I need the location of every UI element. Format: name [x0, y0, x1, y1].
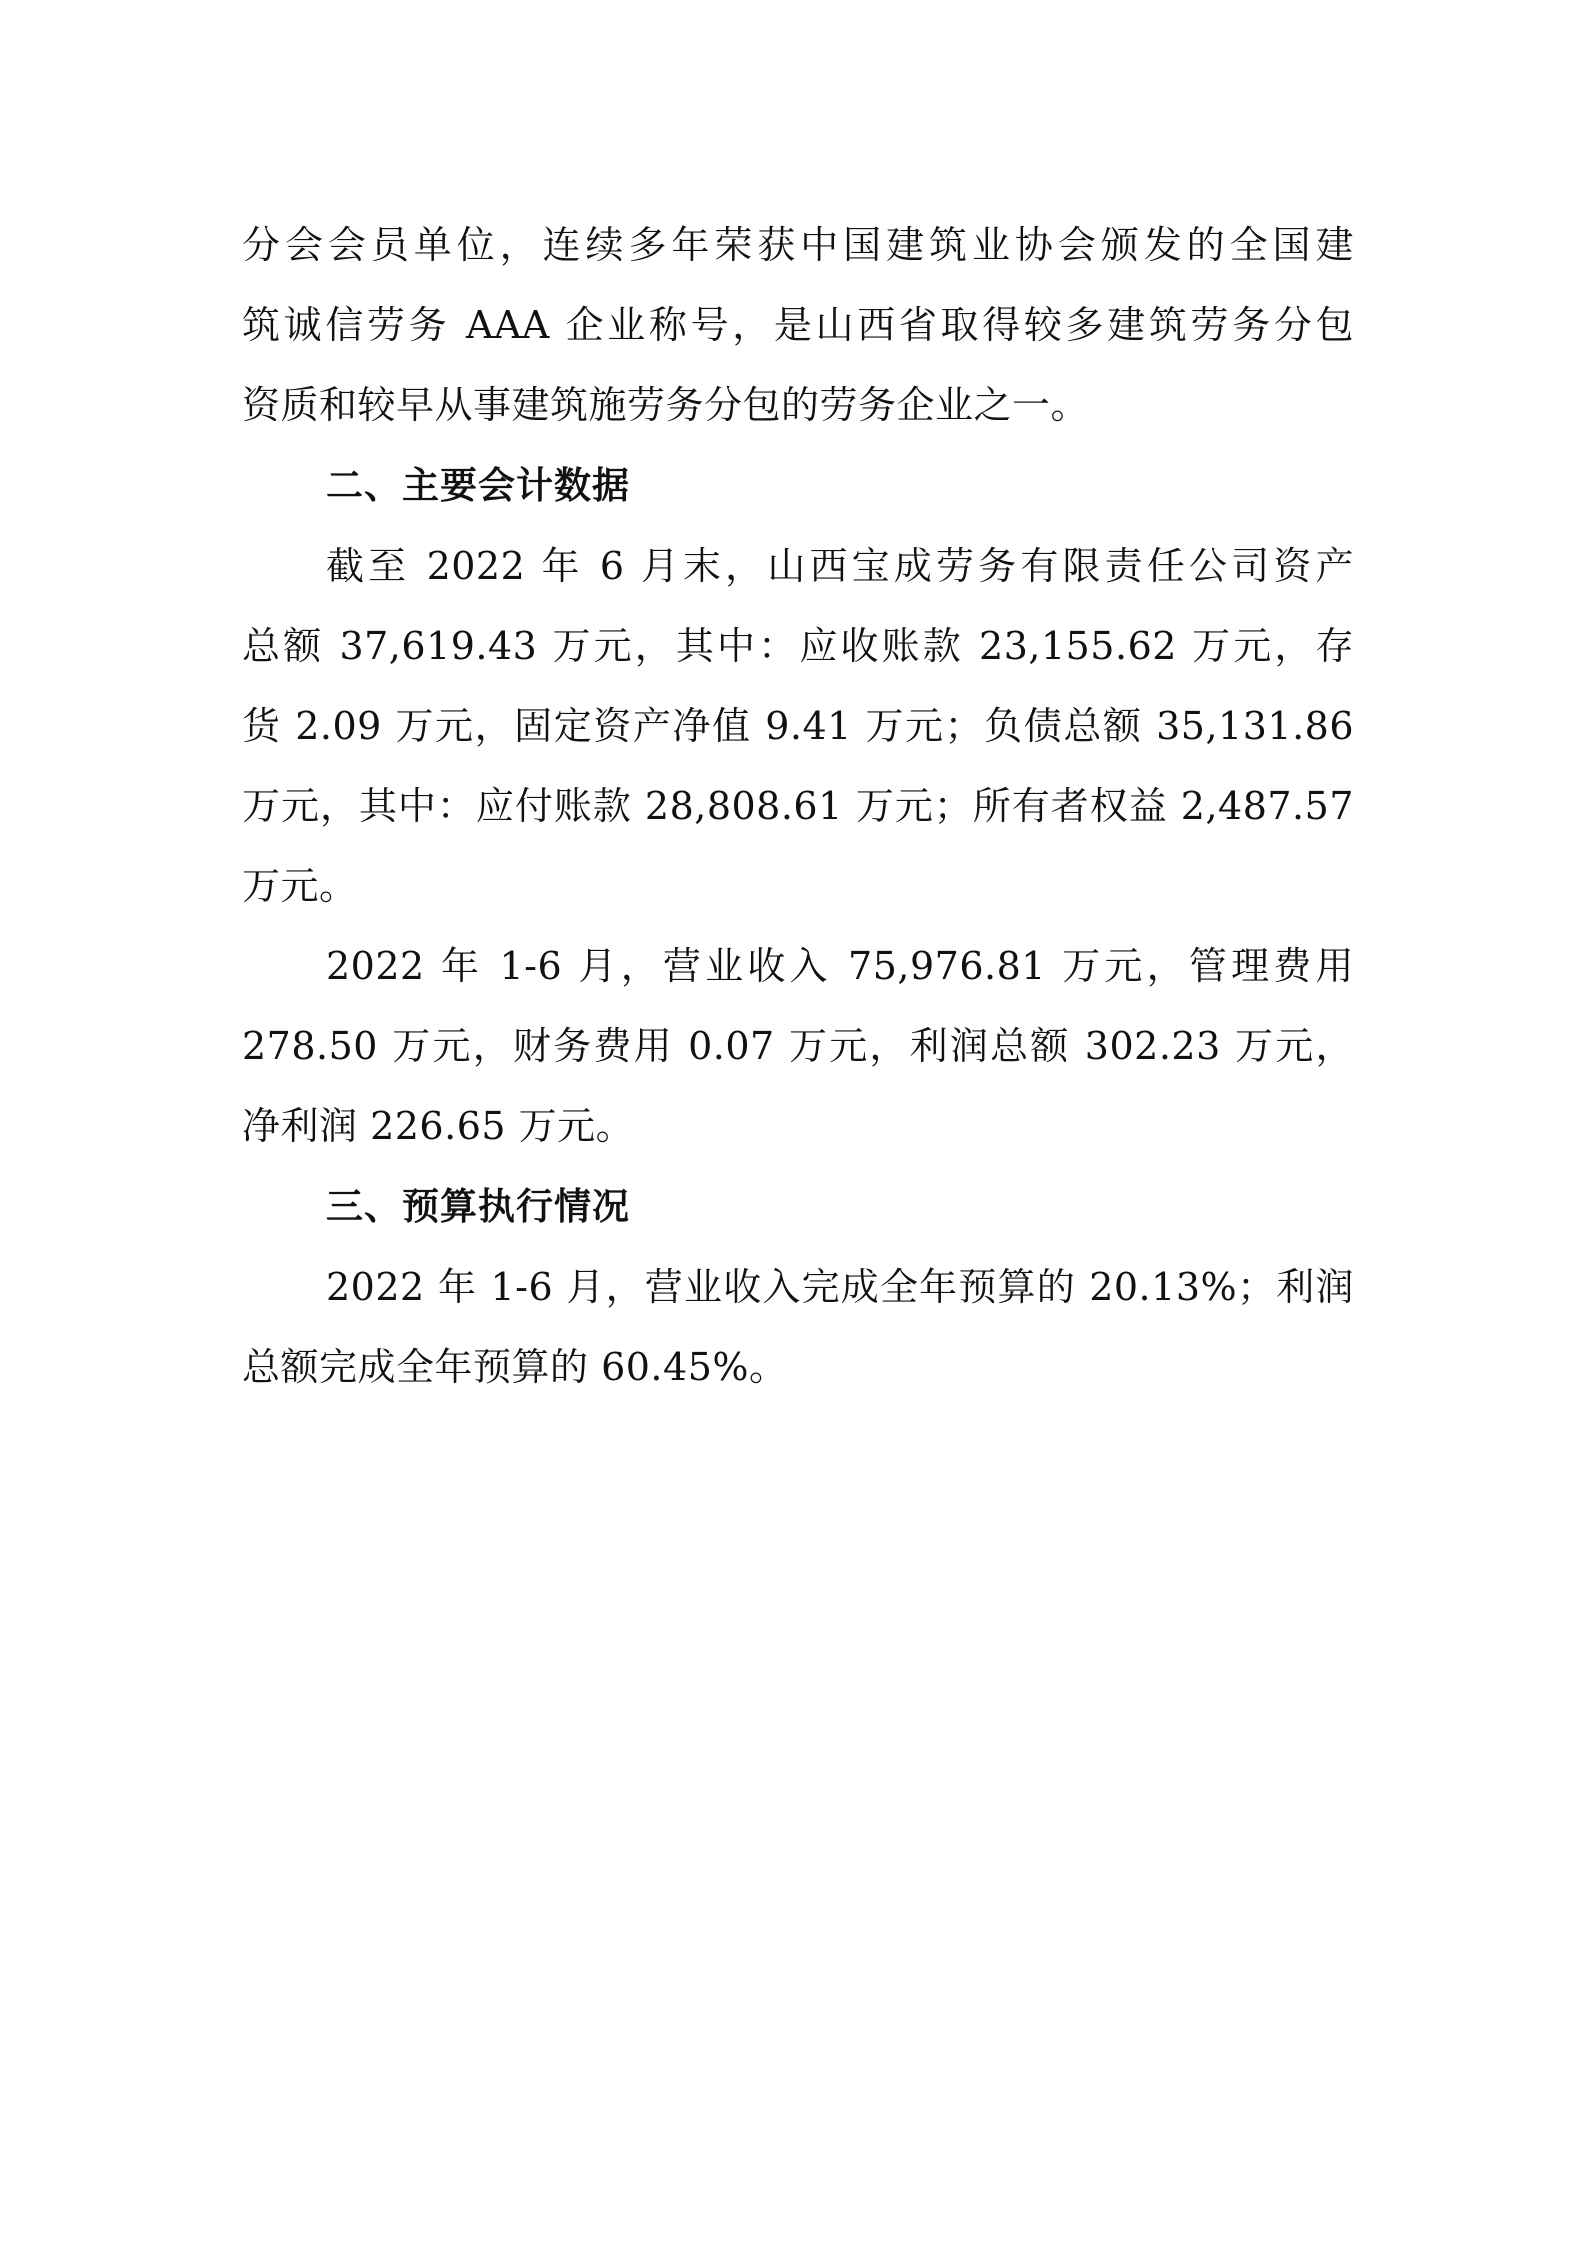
section-heading-accounting-data: 二、主要会计数据: [326, 463, 630, 509]
text-line: 2022 年 1-6 月，营业收入 75,976.81 万元，管理费用: [326, 943, 1354, 989]
text-line: 万元，其中：应付账款 28,808.61 万元；所有者权益 2,487.57: [242, 783, 1354, 829]
text-line: 分会会员单位，连续多年荣获中国建筑业协会颁发的全国建: [242, 222, 1354, 268]
text-line: 货 2.09 万元，固定资产净值 9.41 万元；负债总额 35,131.86: [242, 703, 1354, 749]
text-line: 总额 37,619.43 万元，其中：应收账款 23,155.62 万元，存: [242, 623, 1354, 669]
text-line: 筑诚信劳务 AAA 企业称号，是山西省取得较多建筑劳务分包: [242, 302, 1354, 348]
section-heading-budget-execution: 三、预算执行情况: [326, 1184, 630, 1230]
text-line: 278.50 万元，财务费用 0.07 万元，利润总额 302.23 万元，: [242, 1023, 1354, 1069]
text-line: 总额完成全年预算的 60.45%。: [242, 1344, 787, 1390]
text-line: 截至 2022 年 6 月末，山西宝成劳务有限责任公司资产: [326, 543, 1354, 589]
text-line: 净利润 226.65 万元。: [242, 1103, 634, 1149]
text-line: 万元。: [242, 863, 358, 909]
text-line: 资质和较早从事建筑施劳务分包的劳务企业之一。: [242, 382, 1089, 428]
text-line: 2022 年 1-6 月，营业收入完成全年预算的 20.13%；利润: [326, 1264, 1354, 1310]
